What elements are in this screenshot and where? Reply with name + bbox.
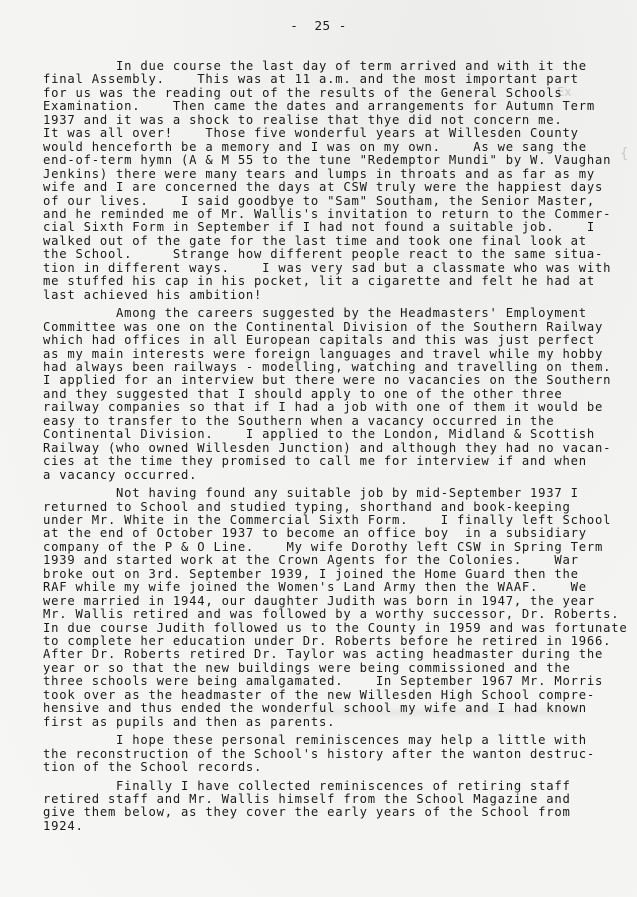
text-line: retired staff and Mr. Wallis himself fro… — [43, 793, 637, 806]
text-line: were married in 1944, our daughter Judit… — [43, 595, 637, 608]
text-line: walked out of the gate for the last time… — [43, 235, 637, 248]
text-line: the reconstruction of the School's histo… — [43, 748, 637, 761]
paragraph-careers: Among the careers suggested by the Headm… — [43, 307, 637, 482]
text-line: give them below, as they cover the early… — [43, 806, 637, 819]
text-line: I hope these personal reminiscences may … — [43, 734, 637, 747]
text-line: tion in different ways. I was very sad b… — [43, 262, 637, 275]
text-line: In due course the last day of term arriv… — [43, 60, 637, 73]
paragraph-later-life: Not having found any suitable job by mid… — [43, 487, 637, 729]
paragraph-hope: I hope these personal reminiscences may … — [43, 734, 637, 774]
text-line: which had offices in all European capita… — [43, 334, 637, 347]
text-line: would henceforth be a memory and I was o… — [43, 141, 637, 154]
text-line: a vacancy occurred. — [43, 469, 637, 482]
text-line: Committee was one on the Continental Div… — [43, 321, 637, 334]
text-line: In due course Judith followed us to the … — [43, 622, 637, 635]
text-line: Railway (who owned Willesden Junction) a… — [43, 442, 637, 455]
text-line: wife and I are concerned the days at CSW… — [43, 181, 637, 194]
text-line: 1937 and it was a shock to realise that … — [43, 114, 637, 127]
text-line: company of the P & O Line. My wife Dorot… — [43, 541, 637, 554]
text-line: at the end of October 1937 to become an … — [43, 527, 637, 540]
text-line: 1939 and started work at the Crown Agent… — [43, 554, 637, 567]
text-line: Not having found any suitable job by mid… — [43, 487, 637, 500]
text-line: hensive and thus ended the wonderful sch… — [43, 702, 637, 715]
text-line: the School. Strange how different people… — [43, 248, 637, 261]
text-line: and they suggested that I should apply t… — [43, 388, 637, 401]
text-line: and he reminded me of Mr. Wallis's invit… — [43, 208, 637, 221]
text-line: Continental Division. I applied to the L… — [43, 428, 637, 441]
text-line: of our lives. I said goodbye to "Sam" So… — [43, 195, 637, 208]
text-line: me stuffed his cap in his pocket, lit a … — [43, 275, 637, 288]
text-line: had always been railways - modelling, wa… — [43, 361, 637, 374]
text-line: to complete her education under Dr. Robe… — [43, 635, 637, 648]
text-line: RAF while my wife joined the Women's Lan… — [43, 581, 637, 594]
text-line: cies at the time they promised to call m… — [43, 455, 637, 468]
document-body: In due course the last day of term arriv… — [43, 60, 637, 838]
text-line: as my main interests were foreign langua… — [43, 348, 637, 361]
text-line: took over as the headmaster of the new W… — [43, 689, 637, 702]
text-line: easy to transfer to the Southern when a … — [43, 415, 637, 428]
text-line: year or so that the new buildings were b… — [43, 662, 637, 675]
text-line: 1924. — [43, 820, 637, 833]
page-number: - 25 - — [0, 18, 637, 33]
text-line: I applied for an interview but there wer… — [43, 374, 637, 387]
text-line: Among the careers suggested by the Headm… — [43, 307, 637, 320]
text-line: broke out on 3rd. September 1939, I join… — [43, 568, 637, 581]
text-line: three schools were being amalgamated. In… — [43, 675, 637, 688]
text-line: It was all over! Those five wonderful ye… — [43, 127, 637, 140]
paragraph-last-day-of-term: In due course the last day of term arriv… — [43, 60, 637, 302]
text-line: under Mr. White in the Commercial Sixth … — [43, 514, 637, 527]
text-line: last achieved his ambition! — [43, 289, 637, 302]
text-line: After Dr. Roberts retired Dr. Taylor was… — [43, 648, 637, 661]
text-line: end-of-term hymn (A & M 55 to the tune "… — [43, 154, 637, 167]
text-line: tion of the School records. — [43, 761, 637, 774]
text-line: Jenkins) there were many tears and lumps… — [43, 168, 637, 181]
text-line: final Assembly. This was at 11 a.m. and … — [43, 73, 637, 86]
text-line: Mr. Wallis retired and was followed by a… — [43, 608, 637, 621]
text-line: Examination. Then came the dates and arr… — [43, 100, 637, 113]
text-line: Finally I have collected reminiscences o… — [43, 780, 637, 793]
document-page: - 25 - Ex { In due course the last day o… — [0, 0, 637, 897]
text-line: railway companies so that if I had a job… — [43, 401, 637, 414]
text-line: returned to School and studied typing, s… — [43, 501, 637, 514]
text-line: cial Sixth Form in September if I had no… — [43, 221, 637, 234]
text-line: first as pupils and then as parents. — [43, 716, 637, 729]
text-line: for us was the reading out of the result… — [43, 87, 637, 100]
paragraph-finally: Finally I have collected reminiscences o… — [43, 780, 637, 834]
